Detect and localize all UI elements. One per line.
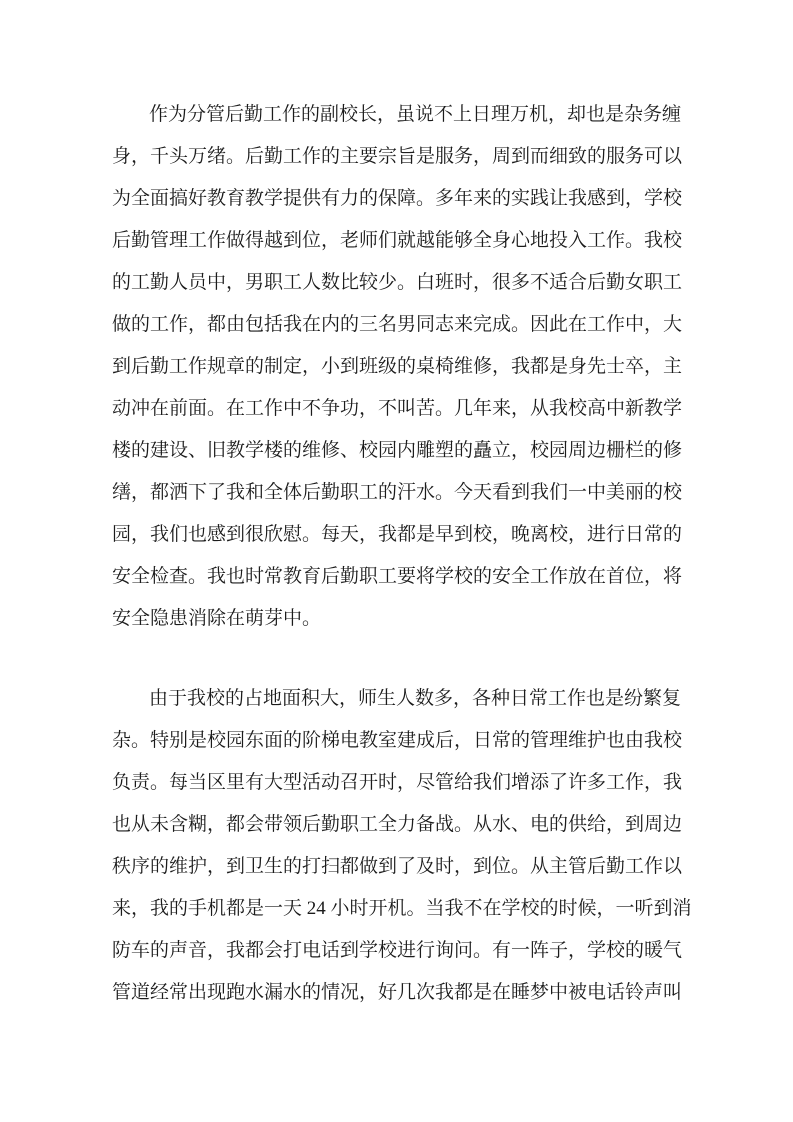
text-line: 做的工作，都由包括我在内的三名男同志来完成。因此在工作中，大 [112,304,678,346]
text-line: 到后勤工作规章的制定，小到班级的桌椅维修，我都是身先士卒，主 [112,346,678,388]
text-line: 动冲在前面。在工作中不争功，不叫苦。几年来，从我校高中新教学 [112,388,678,430]
text-line: 楼的建设、旧教学楼的维修、校园内雕塑的矗立，校园周边栅栏的修 [112,430,678,472]
text-line: 秩序的维护，到卫生的打扫都做到了及时，到位。从主管后勤工作以 [112,846,678,888]
text-line: 后勤管理工作做得越到位，老师们就越能够全身心地投入工作。我校 [112,220,678,262]
text-line: 由于我校的占地面积大，师生人数多，各种日常工作也是纷繁复 [112,678,678,720]
document-page: 作为分管后勤工作的副校长，虽说不上日理万机，却也是杂务缠身，千头万绪。后勤工作的… [0,0,793,1122]
text-line: 缮，都洒下了我和全体后勤职工的汗水。今天看到我们一中美丽的校 [112,472,678,514]
text-line: 园，我们也感到很欣慰。每天，我都是早到校，晚离校，进行日常的 [112,514,678,556]
document-text-block: 作为分管后勤工作的副校长，虽说不上日理万机，却也是杂务缠身，千头万绪。后勤工作的… [112,94,678,1014]
text-line: 安全检查。我也时常教育后勤职工要将学校的安全工作放在首位，将 [112,556,678,598]
text-line: 为全面搞好教育教学提供有力的保障。多年来的实践让我感到，学校 [112,178,678,220]
text-line: 的工勤人员中，男职工人数比较少。白班时，很多不适合后勤女职工 [112,262,678,304]
text-line: 安全隐患消除在萌芽中。 [112,598,678,640]
text-line: 管道经常出现跑水漏水的情况，好几次我都是在睡梦中被电话铃声叫 [112,972,678,1014]
text-line: 也从未含糊，都会带领后勤职工全力备战。从水、电的供给，到周边 [112,804,678,846]
text-line: 来，我的手机都是一天 24 小时开机。当我不在学校的时候，一听到消 [112,888,678,930]
text-line: 作为分管后勤工作的副校长，虽说不上日理万机，却也是杂务缠 [112,94,678,136]
text-line: 身，千头万绪。后勤工作的主要宗旨是服务，周到而细致的服务可以 [112,136,678,178]
text-line: 杂。特别是校园东面的阶梯电教室建成后，日常的管理维护也由我校 [112,720,678,762]
text-line: 防车的声音，我都会打电话到学校进行询问。有一阵子，学校的暖气 [112,930,678,972]
text-line: 负责。每当区里有大型活动召开时，尽管给我们增添了许多工作，我 [112,762,678,804]
paragraph: 作为分管后勤工作的副校长，虽说不上日理万机，却也是杂务缠身，千头万绪。后勤工作的… [112,94,678,640]
paragraph: 由于我校的占地面积大，师生人数多，各种日常工作也是纷繁复杂。特别是校园东面的阶梯… [112,678,678,1014]
